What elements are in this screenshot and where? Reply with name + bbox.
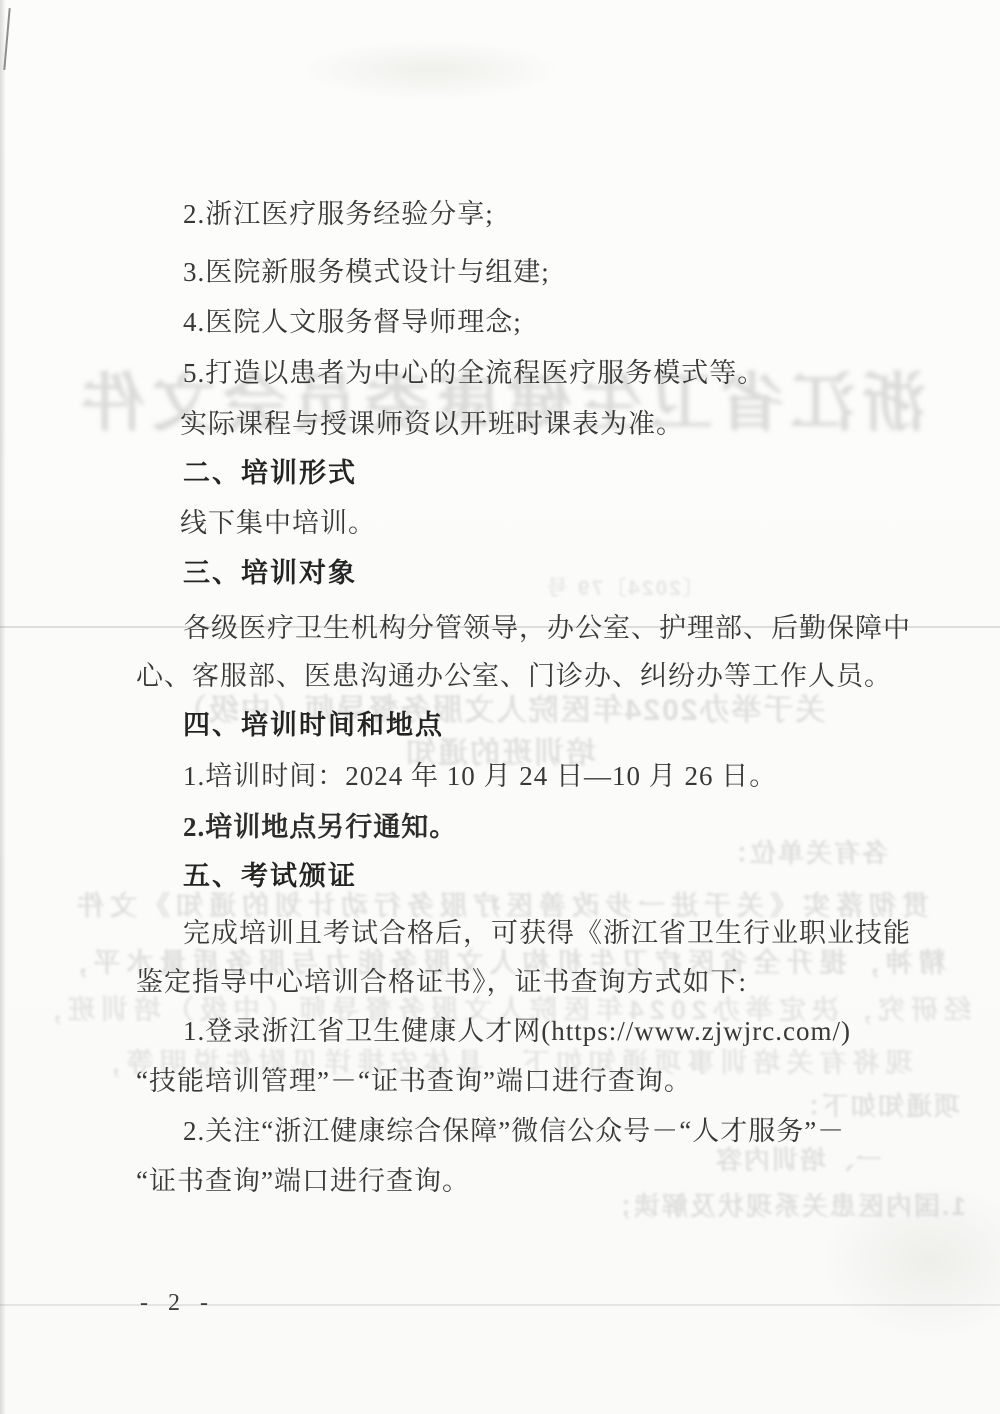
training-time-line: 1.培训时间：2024 年 10 月 24 日—10 月 26 日。	[183, 760, 777, 792]
paper-smudge	[300, 40, 560, 100]
section-heading-3-training-target: 三、培训对象	[183, 557, 357, 589]
query-method-1-line-1: 1.登录浙江省卫生健康人才网(https://www.zjwjrc.com/)	[183, 1015, 851, 1047]
query-method-2-line-2: “证书查询”端口进行查询。	[136, 1165, 470, 1197]
course-note-line: 实际课程与授课师资以开班时课表为准。	[180, 408, 684, 440]
course-item-2: 2.浙江医疗服务经验分享;	[183, 198, 494, 230]
bleedthrough-layer: 浙江省卫生健康委员会文件 〔2024〕79 号 关于举办2024年医院人文服务督…	[0, 0, 1000, 1414]
certificate-line-2: 鉴定指导中心培训合格证书》，证书查询方式如下:	[136, 966, 747, 998]
training-format-line: 线下集中培训。	[180, 507, 376, 539]
query-method-1-line-2: “技能培训管理”－“证书查询”端口进行查询。	[136, 1065, 692, 1097]
query-method-2-line-1: 2.关注“浙江健康综合保障”微信公众号－“人才服务”－	[183, 1115, 845, 1147]
paper-smudge	[820, 1180, 1000, 1340]
training-target-line-2: 心、客服部、医患沟通办公室、门诊办、纠纷办等工作人员。	[136, 660, 892, 692]
page-number: - 2 -	[140, 1290, 215, 1317]
course-item-5: 5.打造以患者为中心的全流程医疗服务模式等。	[183, 357, 765, 389]
bleedthrough-salutation: 各有关单位：	[720, 833, 888, 870]
scanned-document-page: 浙江省卫生健康委员会文件 〔2024〕79 号 关于举办2024年医院人文服务督…	[0, 0, 1000, 1414]
bleedthrough-item-line: 1.国内医患关系现状及解读；	[604, 1186, 966, 1223]
course-item-3: 3.医院新服务模式设计与组建;	[183, 256, 550, 288]
certificate-line-1: 完成培训且考试合格后，可获得《浙江省卫生行业职业技能	[183, 917, 911, 949]
section-heading-5-exam-certificate: 五、考试颁证	[183, 860, 357, 892]
section-heading-4-time-place: 四、培训时间和地点	[183, 709, 444, 741]
scan-corner-mark	[3, 8, 10, 70]
section-heading-2-training-format: 二、培训形式	[183, 457, 357, 489]
training-place-line: 2.培训地点另行通知。	[183, 811, 457, 843]
course-item-4: 4.医院人文服务督导师理念;	[183, 306, 522, 338]
training-target-line-1: 各级医疗卫生机构分管领导，办公室、护理部、后勤保障中	[183, 612, 911, 644]
scan-edge-shadow	[0, 0, 6, 1414]
bleedthrough-doc-number: 〔2024〕79 号	[545, 572, 704, 602]
